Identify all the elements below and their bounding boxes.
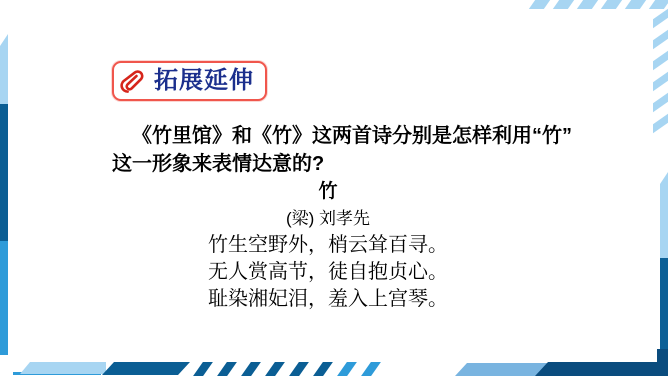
badge-label: 拓展延伸	[154, 69, 254, 93]
bottom-slash-stripe	[265, 362, 285, 376]
bottom-slash-stripe	[217, 362, 237, 376]
slide-canvas: 拓展延伸 《竹里馆》和《竹》这两首诗分别是怎样利用“竹” 这一形象来表情达意的?…	[0, 0, 668, 376]
slide-body: 《竹里馆》和《竹》这两首诗分别是怎样利用“竹” 这一形象来表情达意的? 竹 (梁…	[100, 122, 556, 313]
poem-line: 无人赏高节，徒自抱贞心。	[100, 259, 556, 286]
left-border-light-segment	[0, 34, 8, 104]
right-edge-stripe	[653, 114, 668, 134]
question-line-2: 这一形象来表情达意的?	[100, 150, 556, 178]
left-border-mid-segment	[0, 241, 8, 355]
bottom-slash-stripe	[193, 362, 213, 376]
right-border-light-segment	[660, 172, 668, 258]
bottom-slash-stripe	[337, 362, 357, 376]
left-border-dark-segment	[0, 104, 8, 241]
right-edge-stripe	[653, 9, 668, 29]
bottom-slash-stripe	[361, 362, 381, 376]
question-line-1: 《竹里馆》和《竹》这两首诗分别是怎样利用“竹”	[100, 122, 556, 150]
right-edge-stripe	[653, 51, 668, 71]
bottom-right-navy-band	[535, 362, 668, 376]
bottom-slash-stripe	[241, 362, 261, 376]
bottom-left-dark-band	[102, 362, 190, 375]
top-right-stripe	[529, 0, 550, 9]
poem-title: 竹	[100, 178, 556, 205]
bottom-slash-stripe	[289, 362, 309, 376]
bottom-right-soft-band	[455, 363, 547, 376]
paperclip-icon	[120, 68, 147, 95]
bottom-left-light-band	[20, 362, 106, 374]
right-edge-stripe	[653, 93, 668, 113]
top-right-stripe	[625, 0, 646, 9]
poem-line: 耻染湘妃泪，羞入上宫琴。	[100, 286, 556, 313]
top-right-stripe	[553, 0, 574, 9]
right-edge-stripe	[653, 72, 668, 92]
top-right-stripe	[649, 0, 668, 9]
top-right-stripe	[577, 0, 598, 9]
poem-line: 竹生空野外，梢云耸百寻。	[100, 232, 556, 259]
right-edge-stripe	[653, 30, 668, 50]
bottom-right-navy-corner	[657, 349, 668, 376]
top-right-stripe	[601, 0, 622, 9]
bottom-slash-stripe	[313, 362, 333, 376]
poem-author: (梁) 刘孝先	[100, 205, 556, 232]
section-badge: 拓展延伸	[112, 61, 267, 101]
